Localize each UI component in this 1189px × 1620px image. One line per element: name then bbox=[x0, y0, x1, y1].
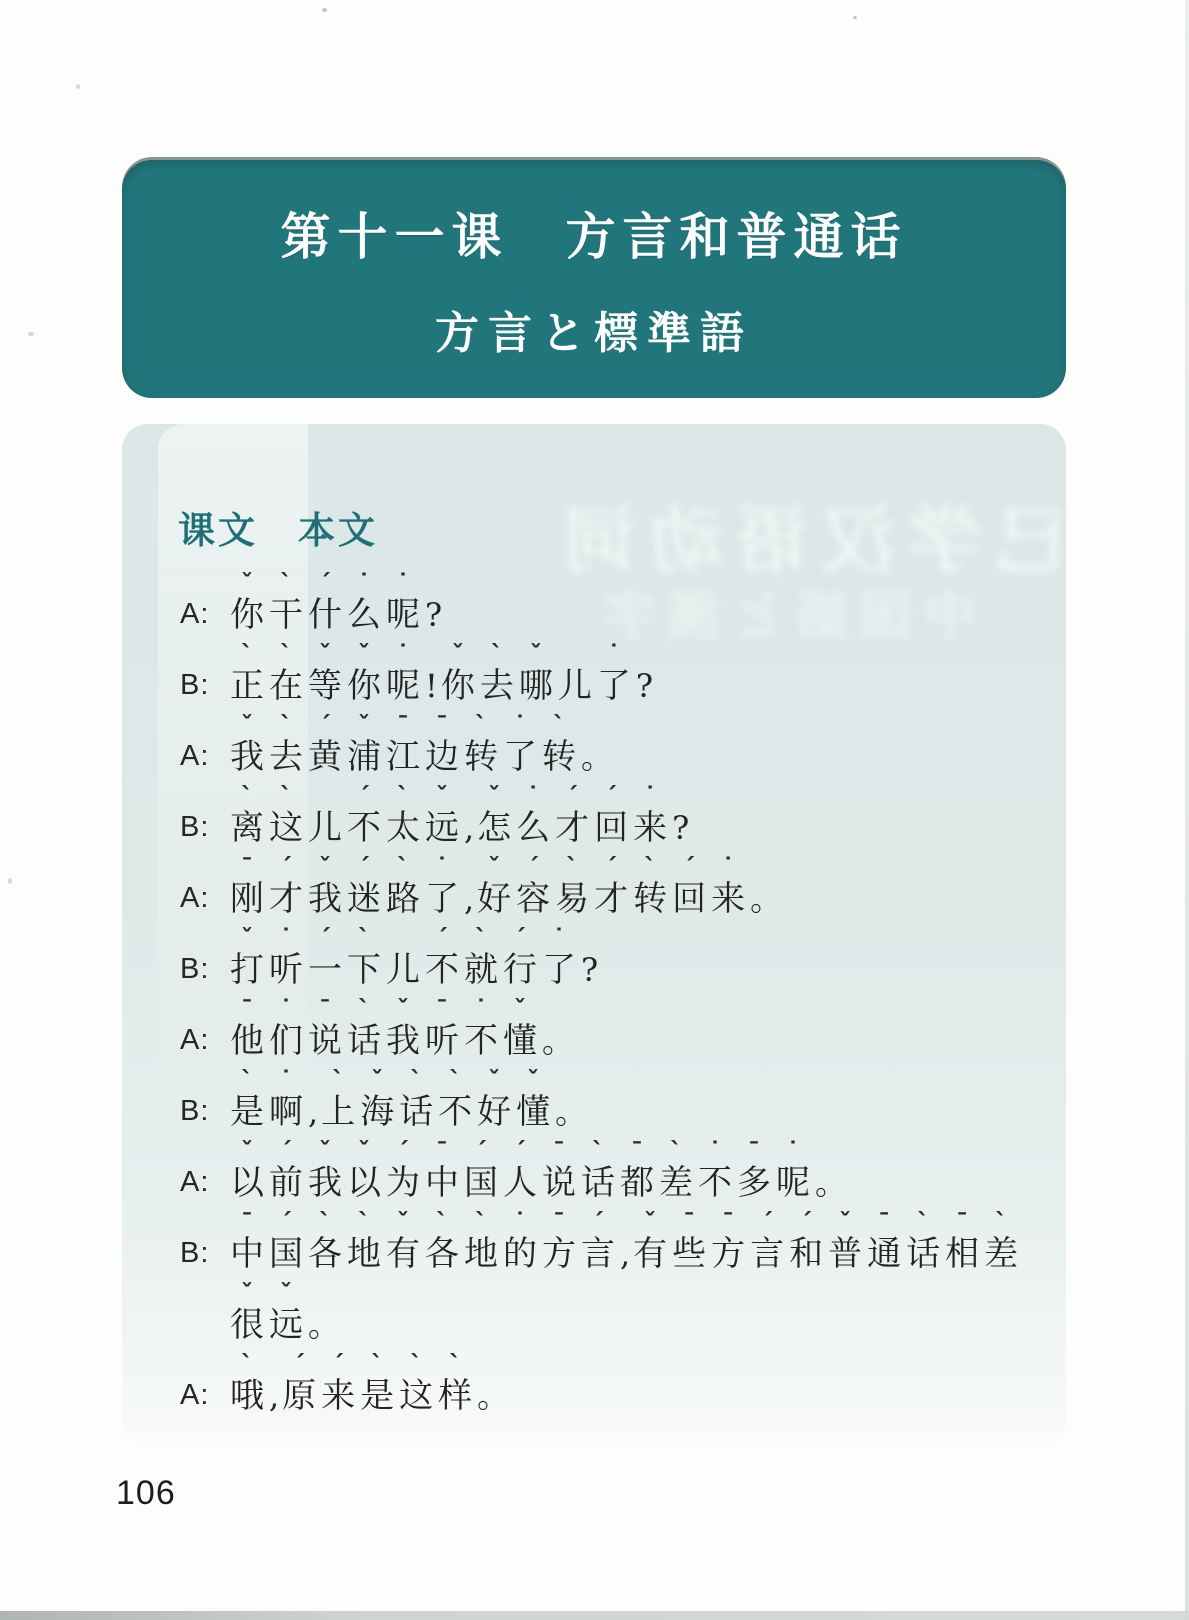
character: , bbox=[269, 1376, 279, 1417]
tone-mark: ˊ bbox=[332, 1357, 345, 1376]
syllable: ˉ方 bbox=[711, 1215, 745, 1275]
character: 我 bbox=[308, 1163, 342, 1204]
character: 说 bbox=[542, 1163, 576, 1204]
character: 为 bbox=[386, 1163, 420, 1204]
syllable: ˇ你 bbox=[347, 647, 381, 707]
character: 等 bbox=[308, 666, 342, 707]
speaker-label bbox=[180, 1341, 230, 1346]
syllable: ˋ离 bbox=[230, 789, 264, 849]
syllable: ˋ这 bbox=[399, 1357, 433, 1417]
syllable: ˋ话 bbox=[399, 1073, 433, 1133]
syllable: ˇ很 bbox=[230, 1286, 264, 1346]
character: 你 bbox=[347, 666, 381, 707]
punctuation: 。 bbox=[581, 718, 613, 778]
tone-mark: ˋ bbox=[358, 1215, 371, 1234]
character: 人 bbox=[503, 1163, 537, 1204]
syllable: ˇ普 bbox=[828, 1215, 862, 1275]
tone-mark bbox=[567, 1073, 576, 1092]
character: 迷 bbox=[347, 879, 381, 920]
tone-mark: ˊ bbox=[319, 931, 332, 950]
syllable: ˊ黄 bbox=[308, 718, 342, 778]
tone-mark: ˉ bbox=[397, 718, 410, 737]
syllable: ˋ是 bbox=[360, 1357, 394, 1417]
syllable: ˇ哪 bbox=[519, 647, 553, 707]
character: 好 bbox=[477, 1092, 511, 1133]
syllable: ˋ话 bbox=[581, 1144, 615, 1204]
character: 在 bbox=[269, 666, 303, 707]
character: 远 bbox=[269, 1305, 303, 1346]
syllable: ˇ海 bbox=[360, 1073, 394, 1133]
tone-mark: ˙ bbox=[397, 576, 410, 595]
character: 行 bbox=[503, 950, 537, 991]
syllable: ˉ说 bbox=[308, 1002, 342, 1062]
tone-mark bbox=[427, 647, 436, 666]
speaker-label: B: bbox=[180, 1237, 230, 1275]
character: 海 bbox=[360, 1092, 394, 1133]
character: 么 bbox=[347, 595, 381, 636]
character: 啊 bbox=[269, 1092, 303, 1133]
syllable: ˇ好 bbox=[477, 860, 511, 920]
sentence: ˇ打˙听ˊ一ˋ下 儿ˊ不ˋ就ˊ行˙了 ? bbox=[230, 931, 601, 991]
character: 这 bbox=[399, 1376, 433, 1417]
syllable: ˇ远 bbox=[425, 789, 459, 849]
syllable: ˙来 bbox=[711, 860, 745, 920]
syllable: ˊ言 bbox=[750, 1215, 784, 1275]
tone-mark: ˊ bbox=[319, 576, 332, 595]
character: 才 bbox=[555, 808, 589, 849]
syllable: ˊ一 bbox=[308, 931, 342, 991]
tone-mark: ˇ bbox=[514, 1002, 527, 1021]
syllable: ˇ打 bbox=[230, 931, 264, 991]
syllable: ˋ转 bbox=[633, 860, 667, 920]
tone-mark: ˋ bbox=[241, 789, 254, 808]
tone-mark: ˊ bbox=[800, 1215, 813, 1234]
syllable: ˋ去 bbox=[480, 647, 514, 707]
punctuation: 。 bbox=[815, 1144, 847, 1204]
tone-mark: ˙ bbox=[358, 576, 371, 595]
character: 的 bbox=[503, 1234, 537, 1275]
character: ! bbox=[425, 666, 438, 707]
character: 话 bbox=[906, 1234, 940, 1275]
character: 才 bbox=[269, 879, 303, 920]
tone-mark bbox=[554, 1002, 563, 1021]
syllable: ˉ方 bbox=[542, 1215, 576, 1275]
syllable: ˙呢 bbox=[776, 1144, 810, 1204]
tone-mark: ˋ bbox=[644, 860, 657, 879]
syllable: ˋ就 bbox=[464, 931, 498, 991]
tone-mark: ˋ bbox=[670, 1144, 683, 1163]
tone-mark: ˙ bbox=[514, 1215, 527, 1234]
punctuation: 。 bbox=[477, 1357, 509, 1417]
character: 哦 bbox=[230, 1376, 264, 1417]
tone-mark: ˇ bbox=[397, 1215, 410, 1234]
tone-mark: ˙ bbox=[608, 647, 621, 666]
sentence: ˇ以ˊ前ˇ我ˇ以ˊ为ˉ中ˊ国ˊ人ˉ说ˋ话ˉ都ˋ差˙不ˉ多˙呢 。 bbox=[230, 1144, 850, 1204]
character: 么 bbox=[516, 808, 550, 849]
punctuation: , bbox=[464, 789, 474, 849]
tone-mark: ˊ bbox=[436, 931, 449, 950]
syllable: ˙呢 bbox=[386, 576, 420, 636]
punctuation: 。 bbox=[308, 1286, 340, 1346]
character: 上 bbox=[321, 1092, 355, 1133]
punctuation: 。 bbox=[555, 1073, 587, 1133]
character: 有 bbox=[633, 1234, 667, 1275]
tone-mark: ˋ bbox=[280, 576, 293, 595]
character: 他 bbox=[230, 1021, 264, 1062]
character: 话 bbox=[347, 1021, 381, 1062]
character: 差 bbox=[984, 1234, 1018, 1275]
character: 多 bbox=[737, 1163, 771, 1204]
tone-mark: ˊ bbox=[293, 1357, 306, 1376]
scan-right-edge bbox=[1185, 0, 1189, 1620]
syllable: ˊ来 bbox=[321, 1357, 355, 1417]
dialogue-line: A:ˉ他˙们ˉ说ˋ话ˇ我ˉ听˙不ˇ懂 。 bbox=[180, 1002, 1050, 1062]
syllable: ˙听 bbox=[269, 931, 303, 991]
syllable: ˋ差 bbox=[984, 1215, 1018, 1275]
character: , bbox=[308, 1092, 318, 1133]
syllable: ˊ才 bbox=[594, 860, 628, 920]
punctuation: ? bbox=[672, 789, 689, 849]
syllable: ˙了 bbox=[542, 931, 576, 991]
character: 回 bbox=[672, 879, 706, 920]
character: 以 bbox=[230, 1163, 264, 1204]
syllable: ˙不 bbox=[698, 1144, 732, 1204]
tone-mark: ˊ bbox=[605, 789, 618, 808]
sentence: ˇ我ˋ去ˊ黄ˇ浦ˉ江ˉ边ˋ转˙了ˋ转 。 bbox=[230, 718, 616, 778]
tone-mark: ˋ bbox=[449, 1073, 462, 1092]
tone-mark: ˇ bbox=[839, 1215, 852, 1234]
character: 转 bbox=[633, 879, 667, 920]
dialogue-text: A:ˇ你ˋ干ˊ什˙么˙呢 ?B:ˋ正ˋ在ˇ等ˇ你˙呢 !ˇ你ˋ去ˇ哪 儿˙了 ?… bbox=[180, 576, 1050, 1428]
character: 下 bbox=[347, 950, 381, 991]
punctuation: ? bbox=[425, 576, 442, 636]
tone-mark: ˉ bbox=[553, 1215, 566, 1234]
tone-mark: ˙ bbox=[644, 789, 657, 808]
character: 地 bbox=[347, 1234, 381, 1275]
character: 这 bbox=[269, 808, 303, 849]
syllable: ˊ才 bbox=[555, 789, 589, 849]
syllable: 儿 bbox=[558, 647, 592, 707]
character: 很 bbox=[230, 1305, 264, 1346]
tone-mark bbox=[827, 1144, 836, 1163]
tone-mark: ˋ bbox=[358, 931, 371, 950]
tone-mark bbox=[465, 789, 474, 808]
textbook-page: 第十一课 方言和普通话 方言と標準語 已学汉语动词 中国語と漢字 课文本文 A:… bbox=[0, 0, 1189, 1620]
character: 样 bbox=[438, 1376, 472, 1417]
speaker-label: A: bbox=[180, 1024, 230, 1062]
syllable: ˋ干 bbox=[269, 576, 303, 636]
character: 儿 bbox=[558, 666, 592, 707]
character: 中 bbox=[230, 1234, 264, 1275]
tone-mark: ˋ bbox=[332, 1073, 345, 1092]
sentence: ˋ正ˋ在ˇ等ˇ你˙呢 !ˇ你ˋ去ˇ哪 儿˙了 ? bbox=[230, 647, 656, 707]
dialogue-line: A:ˋ哦 ,ˊ原ˊ来ˋ是ˋ这ˋ样 。 bbox=[180, 1357, 1050, 1417]
character: 普 bbox=[828, 1234, 862, 1275]
syllable: ˊ国 bbox=[269, 1215, 303, 1275]
syllable: ˊ不 bbox=[347, 789, 381, 849]
syllable: ˉ江 bbox=[386, 718, 420, 778]
syllable: ˙了 bbox=[425, 860, 459, 920]
tone-mark: ˉ bbox=[241, 1215, 254, 1234]
tone-mark: ˋ bbox=[241, 1073, 254, 1092]
character: 了 bbox=[597, 666, 631, 707]
section-label-chinese: 课文 bbox=[178, 509, 258, 552]
punctuation: , bbox=[269, 1357, 279, 1417]
character: 懂 bbox=[503, 1021, 537, 1062]
syllable: ˊ国 bbox=[464, 1144, 498, 1204]
character: ? bbox=[581, 950, 598, 991]
syllable: ˙呢 bbox=[386, 647, 420, 707]
tone-mark: ˇ bbox=[358, 718, 371, 737]
scan-speck bbox=[322, 8, 327, 12]
character: 相 bbox=[945, 1234, 979, 1275]
sentence: ˇ很ˇ远 。 bbox=[230, 1286, 343, 1346]
syllable: 儿 bbox=[308, 789, 342, 849]
character: 我 bbox=[308, 879, 342, 920]
character: 方 bbox=[711, 1234, 745, 1275]
tone-mark bbox=[593, 718, 602, 737]
tone-mark bbox=[399, 931, 408, 950]
tone-mark: ˋ bbox=[280, 647, 293, 666]
character: 边 bbox=[425, 737, 459, 778]
character: 太 bbox=[386, 808, 420, 849]
dialogue-line: A:ˇ以ˊ前ˇ我ˇ以ˊ为ˉ中ˊ国ˊ人ˉ说ˋ话ˉ都ˋ差˙不ˉ多˙呢 。 bbox=[180, 1144, 1050, 1204]
character: 不 bbox=[425, 950, 459, 991]
tone-mark: ˉ bbox=[436, 1144, 449, 1163]
tone-mark: ˙ bbox=[280, 931, 293, 950]
tone-mark: ˇ bbox=[241, 1286, 254, 1305]
character: 转 bbox=[464, 737, 498, 778]
tone-mark: ˉ bbox=[553, 1144, 566, 1163]
section-label: 课文本文 bbox=[178, 500, 378, 554]
character: 转 bbox=[542, 737, 576, 778]
dialogue-line: B:ˋ正ˋ在ˇ等ˇ你˙呢 !ˇ你ˋ去ˇ哪 儿˙了 ? bbox=[180, 647, 1050, 707]
character: 远 bbox=[425, 808, 459, 849]
scan-speck bbox=[28, 332, 34, 336]
character: 来 bbox=[711, 879, 745, 920]
tone-mark: ˋ bbox=[566, 860, 579, 879]
tone-mark: ˋ bbox=[358, 1002, 371, 1021]
tone-mark: ˋ bbox=[449, 1357, 462, 1376]
lesson-title-japanese: 方言と標準語 bbox=[435, 297, 753, 361]
tone-mark: ˋ bbox=[491, 647, 504, 666]
character: 通 bbox=[867, 1234, 901, 1275]
character: 各 bbox=[425, 1234, 459, 1275]
tone-mark: ˋ bbox=[436, 1215, 449, 1234]
tone-mark: ˋ bbox=[553, 718, 566, 737]
tone-mark bbox=[270, 1357, 279, 1376]
tone-mark: ˊ bbox=[319, 718, 332, 737]
sentence: ˉ刚ˊ才ˇ我ˊ迷ˋ路˙了 ,ˇ好ˊ容ˋ易ˊ才ˋ转ˊ回˙来 。 bbox=[230, 860, 785, 920]
punctuation: , bbox=[308, 1073, 318, 1133]
character: 不 bbox=[698, 1163, 732, 1204]
tone-mark: ˉ bbox=[241, 860, 254, 879]
speaker-label: A: bbox=[180, 1379, 230, 1417]
tone-mark: ˙ bbox=[475, 1002, 488, 1021]
tone-mark bbox=[640, 647, 649, 666]
tone-mark: ˇ bbox=[397, 1002, 410, 1021]
punctuation: 。 bbox=[542, 1002, 574, 1062]
syllable: ˙们 bbox=[269, 1002, 303, 1062]
syllable: ˉ相 bbox=[945, 1215, 979, 1275]
syllable: ˇ怎 bbox=[477, 789, 511, 849]
tone-mark: ˋ bbox=[280, 789, 293, 808]
character: 懂 bbox=[516, 1092, 550, 1133]
syllable: ˇ我 bbox=[308, 1144, 342, 1204]
punctuation: ? bbox=[636, 647, 653, 707]
speaker-label: A: bbox=[180, 598, 230, 636]
tone-mark: ˙ bbox=[709, 1144, 722, 1163]
character: , bbox=[464, 879, 474, 920]
character: 呢 bbox=[386, 595, 420, 636]
character: 。 bbox=[555, 1092, 587, 1133]
syllable: ˇ以 bbox=[347, 1144, 381, 1204]
character: 来 bbox=[321, 1376, 355, 1417]
tone-mark: ˉ bbox=[436, 1002, 449, 1021]
tone-mark: ˉ bbox=[956, 1215, 969, 1234]
syllable: ˙么 bbox=[516, 789, 550, 849]
character: 就 bbox=[464, 950, 498, 991]
syllable: ˇ懂 bbox=[516, 1073, 550, 1133]
syllable: ˉ中 bbox=[425, 1144, 459, 1204]
syllable: ˋ哦 bbox=[230, 1357, 264, 1417]
lesson-title-chinese: 第十一课 方言和普通话 bbox=[281, 197, 908, 269]
tone-mark: ˇ bbox=[644, 1215, 657, 1234]
tone-mark: ˊ bbox=[683, 860, 696, 879]
character: 黄 bbox=[308, 737, 342, 778]
tone-mark: ˇ bbox=[358, 1144, 371, 1163]
tone-mark: ˋ bbox=[280, 718, 293, 737]
tone-mark: ˋ bbox=[475, 1215, 488, 1234]
character: 儿 bbox=[308, 808, 342, 849]
syllable: ˇ我 bbox=[230, 718, 264, 778]
tone-mark: ˇ bbox=[319, 647, 332, 666]
character: 路 bbox=[386, 879, 420, 920]
tone-mark: ˊ bbox=[761, 1215, 774, 1234]
tone-mark: ˇ bbox=[488, 1073, 501, 1092]
character: 话 bbox=[581, 1163, 615, 1204]
character: 。 bbox=[477, 1376, 509, 1417]
sentence: ˉ中ˊ国ˋ各ˋ地ˇ有ˋ各ˋ地˙的ˉ方ˊ言 ,ˇ有ˉ些ˉ方ˊ言ˊ和ˇ普ˉ通ˋ话ˉ相… bbox=[230, 1215, 1023, 1275]
tone-mark: ˉ bbox=[319, 1002, 332, 1021]
tone-mark: ˙ bbox=[397, 647, 410, 666]
character: 。 bbox=[542, 1021, 574, 1062]
syllable: ˇ你 bbox=[230, 576, 264, 636]
dialogue-line: B:ˋ离ˋ这 儿ˊ不ˋ太ˇ远 ,ˇ怎˙么ˊ才ˊ回˙来 ? bbox=[180, 789, 1050, 849]
character: 了 bbox=[503, 737, 537, 778]
punctuation: ? bbox=[581, 931, 598, 991]
syllable: ˊ回 bbox=[594, 789, 628, 849]
tone-mark: ˋ bbox=[319, 1215, 332, 1234]
character: , bbox=[464, 808, 474, 849]
syllable: ˇ有 bbox=[386, 1215, 420, 1275]
tone-mark: ˋ bbox=[410, 1073, 423, 1092]
tone-mark: ˇ bbox=[452, 647, 465, 666]
character: 江 bbox=[386, 737, 420, 778]
dialogue-line: A:ˇ我ˋ去ˊ黄ˇ浦ˉ江ˉ边ˋ转˙了ˋ转 。 bbox=[180, 718, 1050, 778]
syllable: ˉ些 bbox=[672, 1215, 706, 1275]
tone-mark: ˙ bbox=[280, 1002, 293, 1021]
speaker-label: A: bbox=[180, 882, 230, 920]
syllable: ˉ刚 bbox=[230, 860, 264, 920]
punctuation: , bbox=[620, 1215, 630, 1275]
tone-mark: ˋ bbox=[475, 931, 488, 950]
syllable: ˋ正 bbox=[230, 647, 264, 707]
character: ? bbox=[425, 595, 442, 636]
dialogue-line: A:ˇ你ˋ干ˊ什˙么˙呢 ? bbox=[180, 576, 1050, 636]
syllable: ˇ我 bbox=[308, 860, 342, 920]
syllable: ˋ下 bbox=[347, 931, 381, 991]
syllable: ˋ易 bbox=[555, 860, 589, 920]
character: 容 bbox=[516, 879, 550, 920]
character: 才 bbox=[594, 879, 628, 920]
character: ? bbox=[672, 808, 689, 849]
character: 来 bbox=[633, 808, 667, 849]
tone-mark bbox=[585, 931, 594, 950]
tone-mark bbox=[429, 576, 438, 595]
syllable: ˙不 bbox=[464, 1002, 498, 1062]
syllable: ˉ中 bbox=[230, 1215, 264, 1275]
syllable: ˇ懂 bbox=[503, 1002, 537, 1062]
tone-mark: ˊ bbox=[592, 1215, 605, 1234]
tone-mark: ˋ bbox=[592, 1144, 605, 1163]
tone-mark: ˙ bbox=[787, 1144, 800, 1163]
syllable: ˋ地 bbox=[347, 1215, 381, 1275]
tone-mark: ˊ bbox=[605, 860, 618, 879]
syllable: ˊ容 bbox=[516, 860, 550, 920]
tone-mark: ˇ bbox=[241, 1144, 254, 1163]
syllable: ˙么 bbox=[347, 576, 381, 636]
syllable: ˊ不 bbox=[425, 931, 459, 991]
tone-mark: ˉ bbox=[722, 1215, 735, 1234]
sentence: ˇ你ˋ干ˊ什˙么˙呢 ? bbox=[230, 576, 445, 636]
dialogue-line: B:ˇ打˙听ˊ一ˋ下 儿ˊ不ˋ就ˊ行˙了 ? bbox=[180, 931, 1050, 991]
character: 儿 bbox=[386, 950, 420, 991]
syllable: ˙啊 bbox=[269, 1073, 303, 1133]
character: 些 bbox=[672, 1234, 706, 1275]
syllable: ˉ边 bbox=[425, 718, 459, 778]
character: , bbox=[620, 1234, 630, 1275]
character: 浦 bbox=[347, 737, 381, 778]
syllable: ˊ行 bbox=[503, 931, 537, 991]
syllable: ˋ在 bbox=[269, 647, 303, 707]
character: 方 bbox=[542, 1234, 576, 1275]
character: 我 bbox=[386, 1021, 420, 1062]
character: 你 bbox=[230, 595, 264, 636]
character: 。 bbox=[750, 879, 782, 920]
tone-mark: ˊ bbox=[280, 1215, 293, 1234]
bleedthrough-text: 已学汉语动词 bbox=[552, 482, 1068, 588]
character: 听 bbox=[269, 950, 303, 991]
syllable: ˊ原 bbox=[282, 1357, 316, 1417]
character: 一 bbox=[308, 950, 342, 991]
syllable: ˊ什 bbox=[308, 576, 342, 636]
tone-mark: ˊ bbox=[280, 1144, 293, 1163]
tone-mark: ˉ bbox=[436, 718, 449, 737]
character: ? bbox=[636, 666, 653, 707]
sentence: ˋ是˙啊 ,ˋ上ˇ海ˋ话ˋ不ˇ好ˇ懂 。 bbox=[230, 1073, 590, 1133]
tone-mark: ˙ bbox=[553, 931, 566, 950]
syllable: ˋ话 bbox=[347, 1002, 381, 1062]
character: 我 bbox=[230, 737, 264, 778]
syllable: ˋ样 bbox=[438, 1357, 472, 1417]
scan-speck bbox=[76, 84, 80, 89]
character: 离 bbox=[230, 808, 264, 849]
syllable: ˙的 bbox=[503, 1215, 537, 1275]
tone-mark: ˇ bbox=[488, 860, 501, 879]
sentence: ˋ离ˋ这 儿ˊ不ˋ太ˇ远 ,ˇ怎˙么ˊ才ˊ回˙来 ? bbox=[230, 789, 692, 849]
tone-mark: ˇ bbox=[319, 1144, 332, 1163]
